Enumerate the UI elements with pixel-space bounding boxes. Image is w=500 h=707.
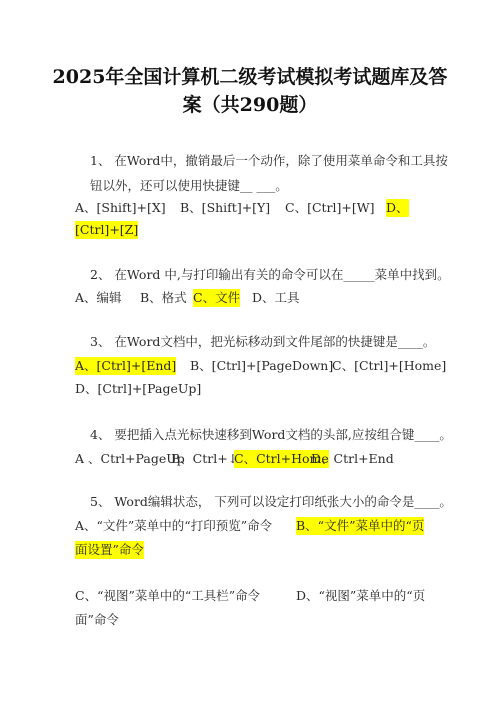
question-2-option-b: B、格式: [140, 289, 187, 307]
question-3-option-a-answer: A、[Ctrl]+[End]: [75, 357, 176, 375]
question-2-option-a: A、编辑: [75, 289, 122, 307]
question-5-option-b-answer: B、“文件”菜单中的“页: [296, 517, 424, 535]
question-1-option-d-answer-cont: [Ctrl]+[Z]: [75, 221, 138, 239]
question-4-option-d: D、Ctrl+End: [311, 450, 394, 468]
question-3-option-b: B、[Ctrl]+[PageDown]: [190, 357, 333, 375]
question-5-option-d-cont: 面”命令: [75, 611, 119, 629]
question-1-option-d-answer: D、: [386, 199, 409, 217]
question-2-option-c-answer: C、文件: [193, 289, 240, 307]
question-5-option-d: D、“视图”菜单中的“页: [296, 587, 425, 605]
question-1-stem-line2: 钮以外，还可以使用快捷键__ ___。: [90, 177, 288, 195]
document-title-line2: 案（共290题）: [0, 90, 500, 120]
question-4-option-b: B、Ctrl+↓: [171, 450, 238, 468]
question-3-option-c: C、[Ctrl]+[Home]: [332, 357, 446, 375]
question-4-stem-line1: 4、 要把插入点光标快速移到Word文档的头部,应按组合键____。: [90, 426, 452, 444]
question-1-stem-line1: 1、 在Word中，撤销最后一个动作，除了使用菜单命令和工具按: [90, 152, 448, 170]
question-4-option-a: A 、Ctrl+PageUp: [75, 450, 185, 468]
question-1-option-c: C、[Ctrl]+[W]: [285, 199, 374, 217]
question-2-stem-line1: 2、 在Word 中,与打印输出有关的命令可以在_____菜单中找到。: [90, 266, 450, 284]
question-1-option-a: A、[Shift]+[X]: [75, 199, 166, 217]
question-3-stem-line1: 3、 在Word文档中，把光标移动到文件尾部的快捷键是____。: [90, 333, 435, 351]
document-title-line1: 2025年全国计算机二级考试模拟考试题库及答: [0, 62, 500, 92]
question-1-option-b: B、[Shift]+[Y]: [180, 199, 270, 217]
question-5-option-c: C、“视图”菜单中的“工具栏”命令: [75, 587, 260, 605]
question-5-stem-line1: 5、 Word编辑状态， 下列可以设定打印纸张大小的命令是____。: [90, 493, 452, 511]
question-2-option-d: D、工具: [252, 289, 300, 307]
question-3-option-d: D、[Ctrl]+[PageUp]: [75, 380, 201, 398]
question-5-option-a: A、“文件”菜单中的“打印预览”命令: [75, 517, 272, 535]
question-5-option-b-answer-cont: 面设置”命令: [75, 541, 144, 559]
